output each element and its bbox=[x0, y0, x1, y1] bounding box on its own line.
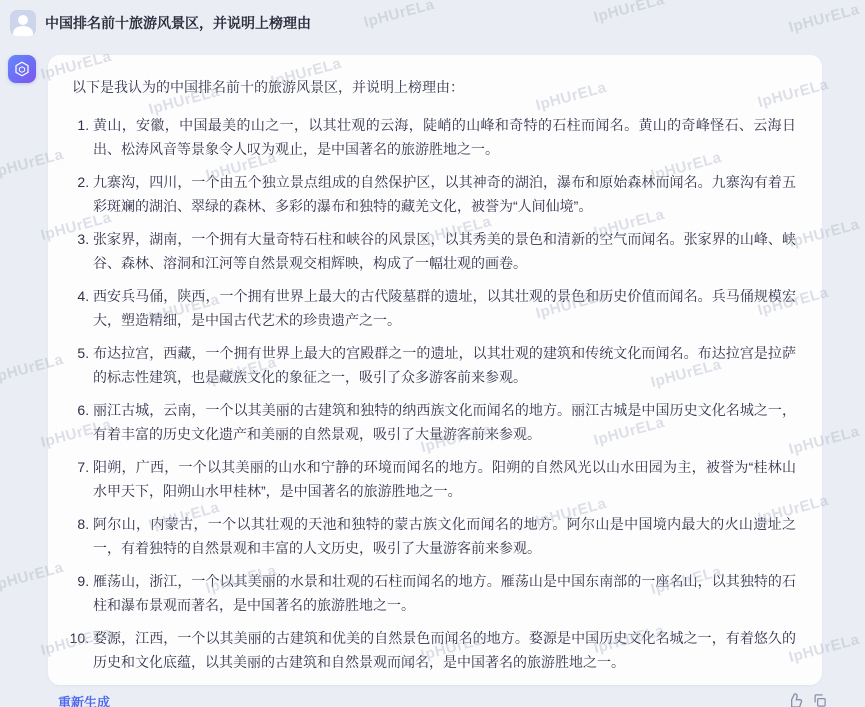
regenerate-button[interactable]: 重新生成 bbox=[58, 692, 110, 707]
user-avatar bbox=[10, 10, 36, 36]
attractions-list: 黄山，安徽，中国最美的山之一，以其壮观的云海，陡峭的山峰和奇特的石柱而闻名。黄山… bbox=[72, 113, 796, 674]
cube-logo-icon bbox=[13, 60, 31, 78]
attraction-list-item: 黄山，安徽，中国最美的山之一，以其壮观的云海，陡峭的山峰和奇特的石柱而闻名。黄山… bbox=[93, 113, 796, 161]
attraction-list-item: 丽江古城，云南，一个以其美丽的古建筑和独特的纳西族文化而闻名的地方。丽江古城是中… bbox=[93, 398, 796, 446]
attraction-list-item: 西安兵马俑，陕西，一个拥有世界上最大的古代陵墓群的遗址，以其壮观的景色和历史价值… bbox=[93, 284, 796, 332]
user-question-text: 中国排名前十旅游风景区，并说明上榜理由 bbox=[45, 13, 311, 33]
user-avatar-person-icon bbox=[18, 15, 28, 25]
attraction-list-item: 九寨沟，四川，一个由五个独立景点组成的自然保护区，以其神奇的湖泊，瀑布和原始森林… bbox=[93, 170, 796, 218]
attraction-list-item: 张家界，湖南，一个拥有大量奇特石柱和峡谷的风景区，以其秀美的景色和清新的空气而闻… bbox=[93, 227, 796, 275]
assistant-message-card: 以下是我认为的中国排名前十的旅游风景区，并说明上榜理由： 黄山，安徽，中国最美的… bbox=[48, 55, 822, 685]
assistant-avatar bbox=[8, 55, 36, 83]
answer-intro: 以下是我认为的中国排名前十的旅游风景区，并说明上榜理由： bbox=[72, 75, 796, 99]
attraction-list-item: 阿尔山，内蒙古，一个以其壮观的天池和独特的蒙古族文化而闻名的地方。阿尔山是中国境… bbox=[93, 512, 796, 560]
attraction-list-item: 婺源，江西，一个以其美丽的古建筑和优美的自然景色而闻名的地方。婺源是中国历史文化… bbox=[93, 626, 796, 674]
thumbs-up-icon[interactable] bbox=[787, 693, 803, 707]
message-actions-row: 重新生成 bbox=[0, 690, 865, 707]
attraction-list-item: 布达拉宫，西藏，一个拥有世界上最大的宫殿群之一的遗址，以其壮观的建筑和传统文化而… bbox=[93, 341, 796, 389]
copy-icon[interactable] bbox=[812, 693, 827, 707]
attraction-list-item: 雁荡山，浙江，一个以其美丽的水景和壮观的石柱而闻名的地方。雁荡山是中国东南部的一… bbox=[93, 569, 796, 617]
attraction-list-item: 阳朔，广西，一个以其美丽的山水和宁静的环境而闻名的地方。阳朔的自然风光以山水田园… bbox=[93, 455, 796, 503]
user-message-row: 中国排名前十旅游风景区，并说明上榜理由 bbox=[10, 10, 853, 36]
